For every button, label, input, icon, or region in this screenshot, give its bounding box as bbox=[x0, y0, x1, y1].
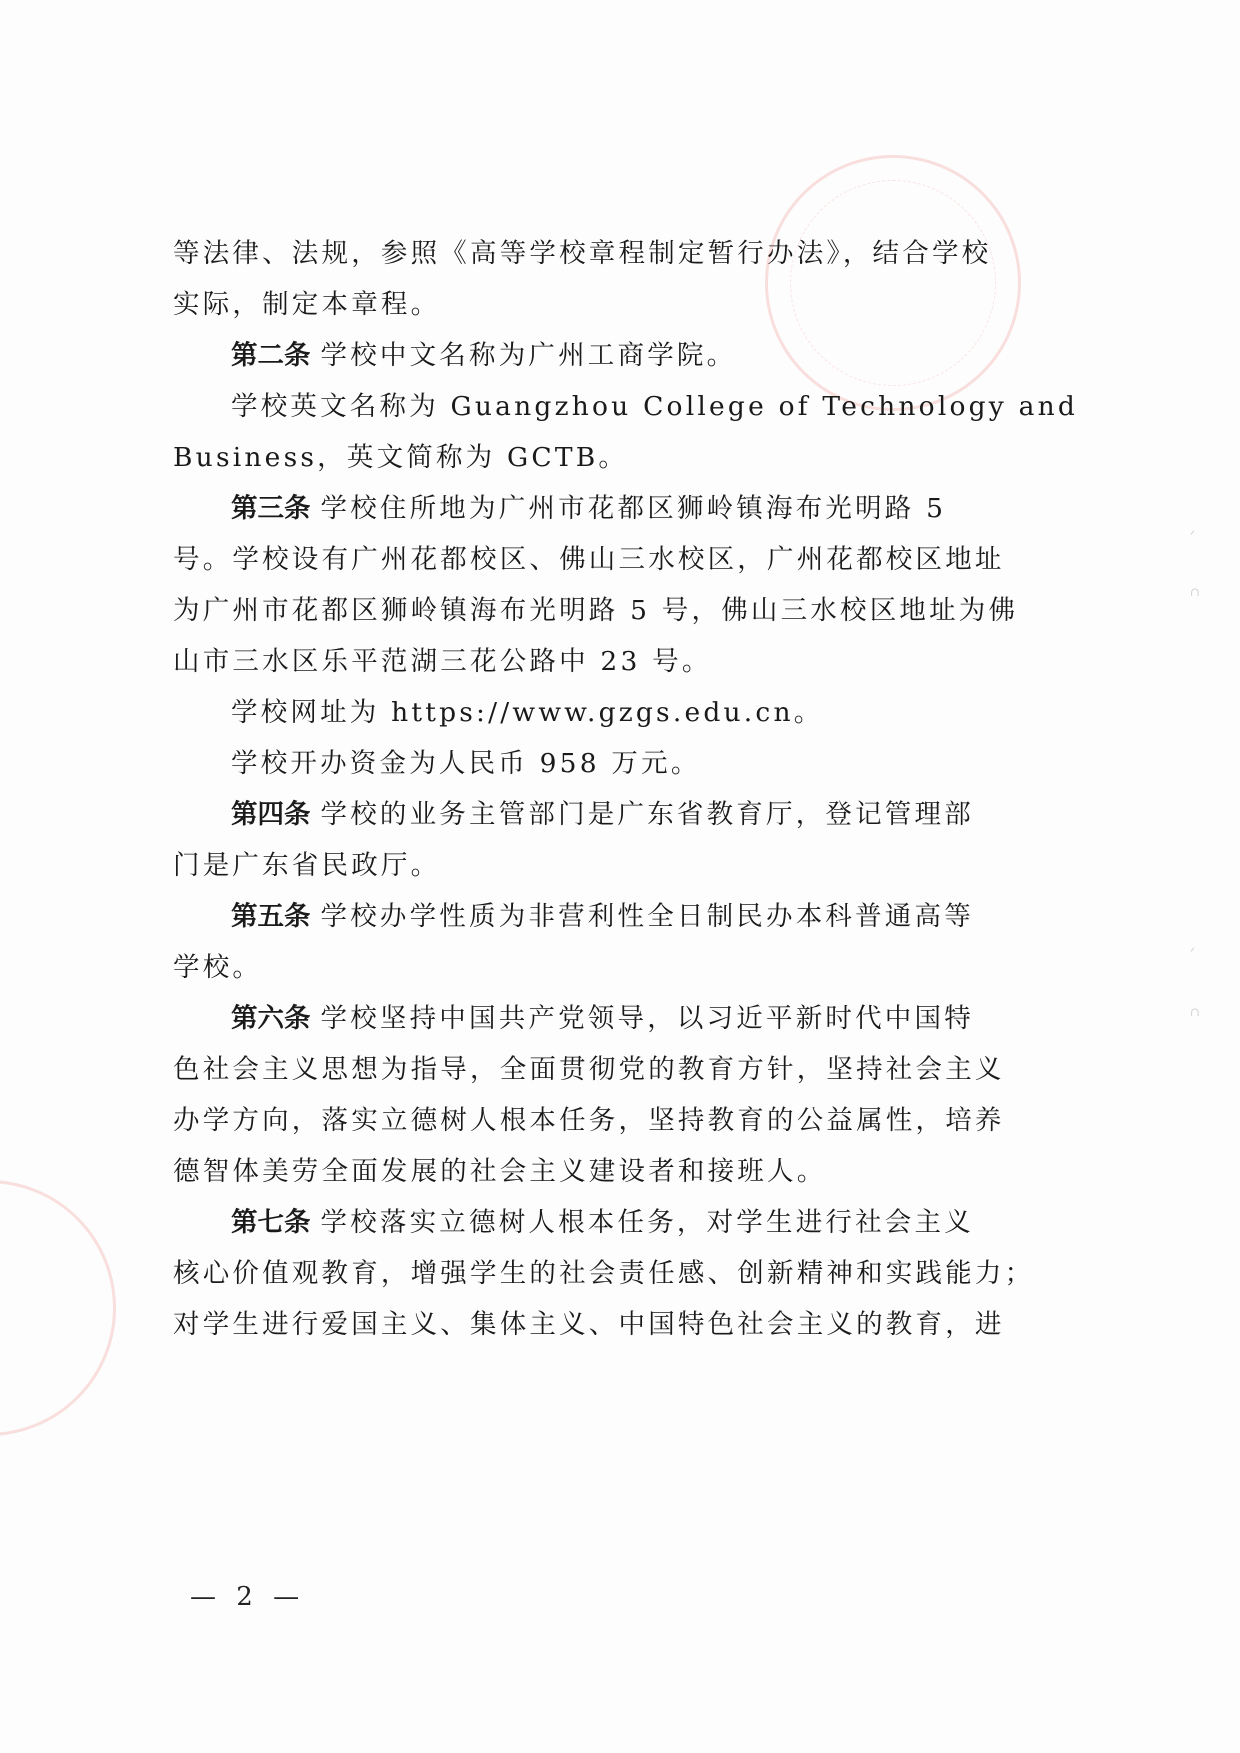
article-label: 第七条 bbox=[231, 1207, 311, 1238]
official-seal-stamp-partial bbox=[0, 1180, 116, 1436]
article-3-heading-line: 第三条学校住所地为广州市花都区狮岭镇海布光明路 5 bbox=[173, 483, 1068, 534]
text-line: 学校办学性质为非营利性全日制民办本科普通高等 bbox=[321, 901, 974, 932]
text-line: 对学生进行爱国主义、集体主义、中国特色社会主义的教育，进 bbox=[173, 1299, 1068, 1350]
article-2-heading-line: 第二条学校中文名称为广州工商学院。 bbox=[173, 330, 1068, 381]
text-line: 学校坚持中国共产党领导，以习近平新时代中国特 bbox=[321, 1003, 974, 1034]
text-line: 色社会主义思想为指导，全面贯彻党的教育方针，坚持社会主义 bbox=[173, 1044, 1068, 1095]
article-5-heading-line: 第五条学校办学性质为非营利性全日制民办本科普通高等 bbox=[173, 891, 1068, 942]
text-line: 山市三水区乐平范湖三花公路中 23 号。 bbox=[173, 636, 1068, 687]
article-label: 第三条 bbox=[231, 493, 311, 524]
scan-edge-mark: ᐟ bbox=[1190, 945, 1195, 959]
text-line: 办学方向，落实立德树人根本任务，坚持教育的公益属性，培养 bbox=[173, 1095, 1068, 1146]
text-line: 学校英文名称为 Guangzhou College of Technology … bbox=[173, 381, 1068, 432]
article-label: 第四条 bbox=[231, 799, 311, 830]
text-line: 学校。 bbox=[173, 942, 1068, 993]
text-line: 为广州市花都区狮岭镇海布光明路 5 号，佛山三水校区地址为佛 bbox=[173, 585, 1068, 636]
document-body: 等法律、法规，参照《高等学校章程制定暂行办法》，结合学校 实际，制定本章程。 第… bbox=[173, 228, 1068, 1350]
article-label: 第六条 bbox=[231, 1003, 311, 1034]
text-line: Business，英文简称为 GCTB。 bbox=[173, 432, 1068, 483]
text-line: 学校的业务主管部门是广东省教育厅，登记管理部 bbox=[321, 799, 974, 830]
text-line: 学校住所地为广州市花都区狮岭镇海布光明路 5 bbox=[321, 493, 947, 524]
scan-edge-mark: ∩ bbox=[1190, 1005, 1200, 1019]
article-6-heading-line: 第六条学校坚持中国共产党领导，以习近平新时代中国特 bbox=[173, 993, 1068, 1044]
document-page: ᐟ ∩ ᐟ ∩ 等法律、法规，参照《高等学校章程制定暂行办法》，结合学校 实际，… bbox=[0, 0, 1240, 1753]
text-line: 门是广东省民政厅。 bbox=[173, 840, 1068, 891]
funding-line: 学校开办资金为人民币 958 万元。 bbox=[173, 738, 1068, 789]
article-7-heading-line: 第七条学校落实立德树人根本任务，对学生进行社会主义 bbox=[173, 1197, 1068, 1248]
text-line: 学校落实立德树人根本任务，对学生进行社会主义 bbox=[321, 1207, 974, 1238]
website-line: 学校网址为 https://www.gzgs.edu.cn。 bbox=[173, 687, 1068, 738]
page-number: — 2 — bbox=[190, 1582, 305, 1612]
article-label: 第五条 bbox=[231, 901, 311, 932]
text-line: 实际，制定本章程。 bbox=[173, 279, 1068, 330]
text-line: 核心价值观教育，增强学生的社会责任感、创新精神和实践能力； bbox=[173, 1248, 1068, 1299]
text-line: 德智体美劳全面发展的社会主义建设者和接班人。 bbox=[173, 1146, 1068, 1197]
text-line: 等法律、法规，参照《高等学校章程制定暂行办法》，结合学校 bbox=[173, 228, 1068, 279]
text-line: 号。学校设有广州花都校区、佛山三水校区，广州花都校区地址 bbox=[173, 534, 1068, 585]
article-4-heading-line: 第四条学校的业务主管部门是广东省教育厅，登记管理部 bbox=[173, 789, 1068, 840]
scan-edge-mark: ᐟ bbox=[1190, 528, 1195, 542]
article-label: 第二条 bbox=[231, 340, 311, 371]
scan-edge-mark: ∩ bbox=[1190, 585, 1200, 599]
text-line: 学校中文名称为广州工商学院。 bbox=[321, 340, 737, 371]
